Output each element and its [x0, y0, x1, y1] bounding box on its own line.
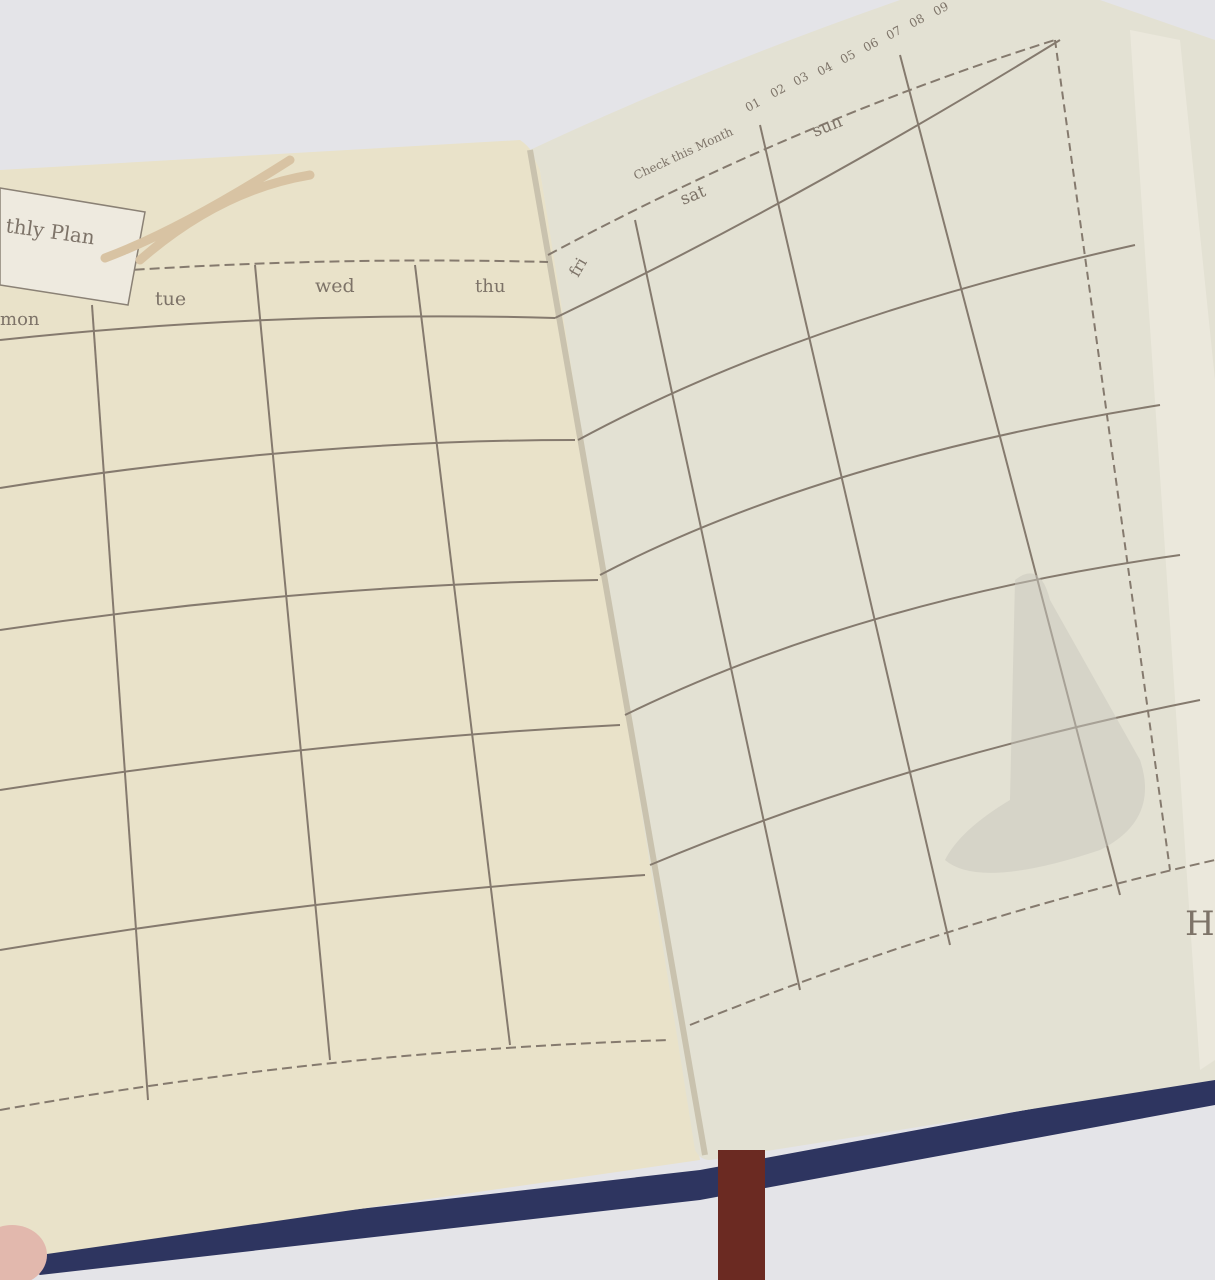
notebook-scene: thly Plan mon tue wed thu fri sat sun Ch… — [0, 0, 1215, 1280]
header-tue: tue — [155, 288, 186, 310]
corner-text: H — [1185, 904, 1215, 944]
ribbon-bookmark — [718, 1150, 765, 1280]
header-mon: mon — [0, 309, 40, 330]
header-thu: thu — [475, 276, 505, 297]
header-wed: wed — [315, 275, 355, 297]
